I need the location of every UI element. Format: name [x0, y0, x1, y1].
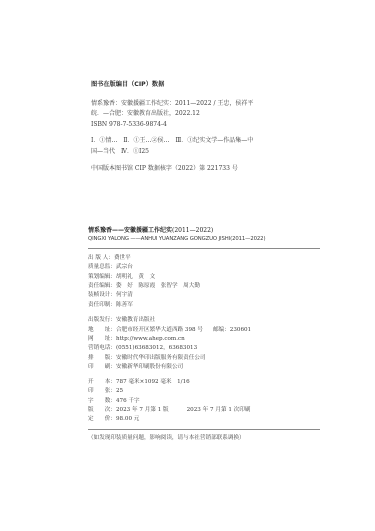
book-title: 情系豫香——安徽援疆工作纪实(2011—2022): [88, 226, 320, 235]
spec-edition: 版 次：2023 年 7 月第 1 版2023 年 7 月第 1 次印刷: [88, 406, 320, 415]
cip-line: 皖．—合肥：安徽教育出版社，2022.12: [91, 109, 321, 120]
publisher-address: 地 址：合肥市经开区繁华大道西路 398 号邮编：230601: [88, 326, 320, 335]
cip-subject: Ⅰ．①情… Ⅱ．①王…②侯… Ⅲ．①纪实文学—作品集—中: [91, 136, 321, 147]
quality-notice: （如发现印装质量问题，影响阅读，请与本社营销部联系调换）: [88, 434, 320, 443]
credit-responsible-editor: 责任编辑：姿 好 陈原霞 张智学 周大勤: [88, 282, 320, 291]
typesetting-line: 排 版：安徽时代华印出版服务有限责任公司: [88, 354, 320, 363]
spec-words: 字 数：476 千字: [88, 397, 320, 406]
book-title-text: 情系豫香——安徽援疆工作纪实: [88, 227, 172, 234]
divider: [88, 429, 320, 430]
credit-print-supervisor: 责任印制：陈善军: [88, 301, 320, 310]
copyright-page: 图书在版编目（CIP）数据 情系豫香：安徽援疆工作纪实：2011—2022 / …: [0, 0, 375, 531]
spec-format: 开 本：787 毫米×1092 毫米 1/16: [88, 378, 320, 387]
publisher-line: 出版发行：安徽教育出版社: [88, 316, 320, 325]
cip-isbn: ISBN 978-7-5336-9874-4: [91, 120, 321, 131]
printing-line: 印 刷：安徽新华印刷股份有限公司: [88, 363, 320, 372]
spec-price: 定 价：98.00 元: [88, 415, 320, 424]
divider: [88, 248, 320, 249]
spec-sheets: 印 张：25: [88, 387, 320, 396]
credit-quality-director: 质量总监：武宗台: [88, 263, 320, 272]
credit-publisher-person: 出 版 人：费世平: [88, 254, 320, 263]
publisher-website: 网 址：http://www.ahep.com.cn: [88, 335, 320, 344]
cip-subject: 国—当代 Ⅳ．①I25: [91, 147, 321, 158]
imprint-block: 情系豫香——安徽援疆工作纪实(2011—2022) QINGXI YALONG …: [88, 226, 320, 443]
cip-title: 图书在版编目（CIP）数据: [91, 80, 321, 91]
book-title-years: (2011—2022): [172, 227, 213, 234]
cip-record-number: 中国版本图书馆 CIP 数据核字（2022）第 221733 号: [91, 164, 321, 175]
credit-planning-editor: 策划编辑：胡明礼 黄 文: [88, 273, 320, 282]
credit-design: 装帧设计：何宇清: [88, 291, 320, 300]
book-title-pinyin: QINGXI YALONG ——ANHUI YUANZANG GONGZUO J…: [88, 235, 320, 244]
cip-line: 情系豫香：安徽援疆工作纪实：2011—2022 / 王忠，侯祥平: [91, 99, 321, 110]
cip-data-block: 图书在版编目（CIP）数据 情系豫香：安徽援疆工作纪实：2011—2022 / …: [91, 80, 321, 175]
publisher-phone: 营销电话：(0551)63683012，63683013: [88, 344, 320, 353]
